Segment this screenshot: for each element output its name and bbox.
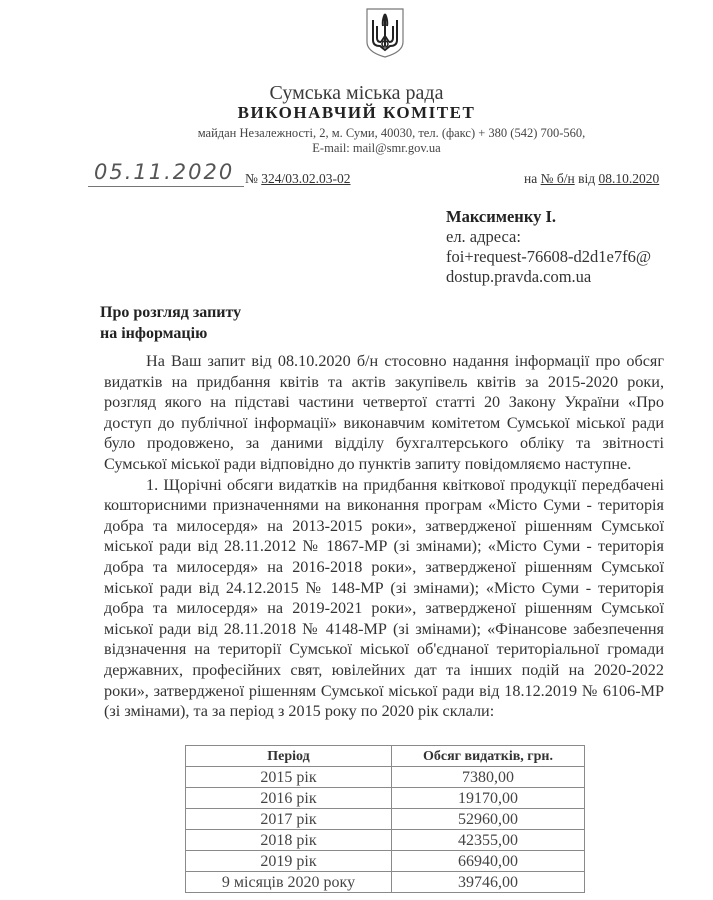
table-row: 2018 рік 42355,00 <box>186 830 585 851</box>
committee-name: ВИКОНАВЧИЙ КОМІТЕТ <box>0 103 713 123</box>
period-cell: 9 місяців 2020 року <box>186 872 392 893</box>
table-row: 2017 рік 52960,00 <box>186 809 585 830</box>
incoming-date: 08.10.2020 <box>598 171 659 186</box>
letter-subject: Про розгляд запиту на інформацію <box>100 302 241 344</box>
period-cell: 2016 рік <box>186 788 392 809</box>
table-header-row: Період Обсяг видатків, грн. <box>186 746 585 767</box>
table-row: 9 місяців 2020 року 39746,00 <box>186 872 585 893</box>
subject-line-2: на інформацію <box>100 323 241 344</box>
table-row: 2015 рік 7380,00 <box>186 767 585 788</box>
header-period: Період <box>186 746 392 767</box>
subject-line-1: Про розгляд запиту <box>100 302 241 323</box>
recipient-email-line1: foi+request-76608-d2d1e7f6@ <box>446 247 651 267</box>
recipient-email-line2: dostup.pravda.com.ua <box>446 267 651 287</box>
period-cell: 2017 рік <box>186 809 392 830</box>
body-paragraph-1: На Ваш запит від 08.10.2020 б/н стосовно… <box>104 351 664 475</box>
outgoing-number-prefix: № <box>245 171 258 186</box>
outgoing-date: 05.11.2020 <box>88 160 244 187</box>
body-paragraph-2: 1. Щорічні обсяги видатків на придбання … <box>104 475 664 722</box>
table-row: 2016 рік 19170,00 <box>186 788 585 809</box>
amount-cell: 42355,00 <box>392 830 585 851</box>
incoming-date-prefix: від <box>578 171 595 186</box>
period-cell: 2015 рік <box>186 767 392 788</box>
recipient-block: Максименку І. ел. адреса: foi+request-76… <box>446 207 651 287</box>
outgoing-number: № 324/03.02.03-02 <box>245 171 351 187</box>
outgoing-number-value: 324/03.02.03-02 <box>261 171 350 186</box>
amount-cell: 66940,00 <box>392 851 585 872</box>
amount-cell: 7380,00 <box>392 767 585 788</box>
incoming-reference: на № б/н від 08.10.2020 <box>524 171 659 187</box>
letterhead-address: майдан Незалежності, 2, м. Суми, 40030, … <box>0 126 713 141</box>
amount-cell: 39746,00 <box>392 872 585 893</box>
period-cell: 2018 рік <box>186 830 392 851</box>
header-amount: Обсяг видатків, грн. <box>392 746 585 767</box>
city-council-name: Сумська міська рада <box>0 82 713 105</box>
incoming-number: № б/н <box>541 171 575 186</box>
amount-cell: 52960,00 <box>392 809 585 830</box>
letter-body: На Ваш запит від 08.10.2020 б/н стосовно… <box>104 351 664 722</box>
recipient-name: Максименку І. <box>446 207 651 227</box>
coat-of-arms-icon <box>364 6 406 60</box>
letterhead-email: E-mail: mail@smr.gov.ua <box>0 141 713 156</box>
amount-cell: 19170,00 <box>392 788 585 809</box>
expenses-table: Період Обсяг видатків, грн. 2015 рік 738… <box>185 745 585 893</box>
recipient-email-label: ел. адреса: <box>446 227 651 247</box>
period-cell: 2019 рік <box>186 851 392 872</box>
incoming-prefix: на <box>524 171 537 186</box>
table-row: 2019 рік 66940,00 <box>186 851 585 872</box>
